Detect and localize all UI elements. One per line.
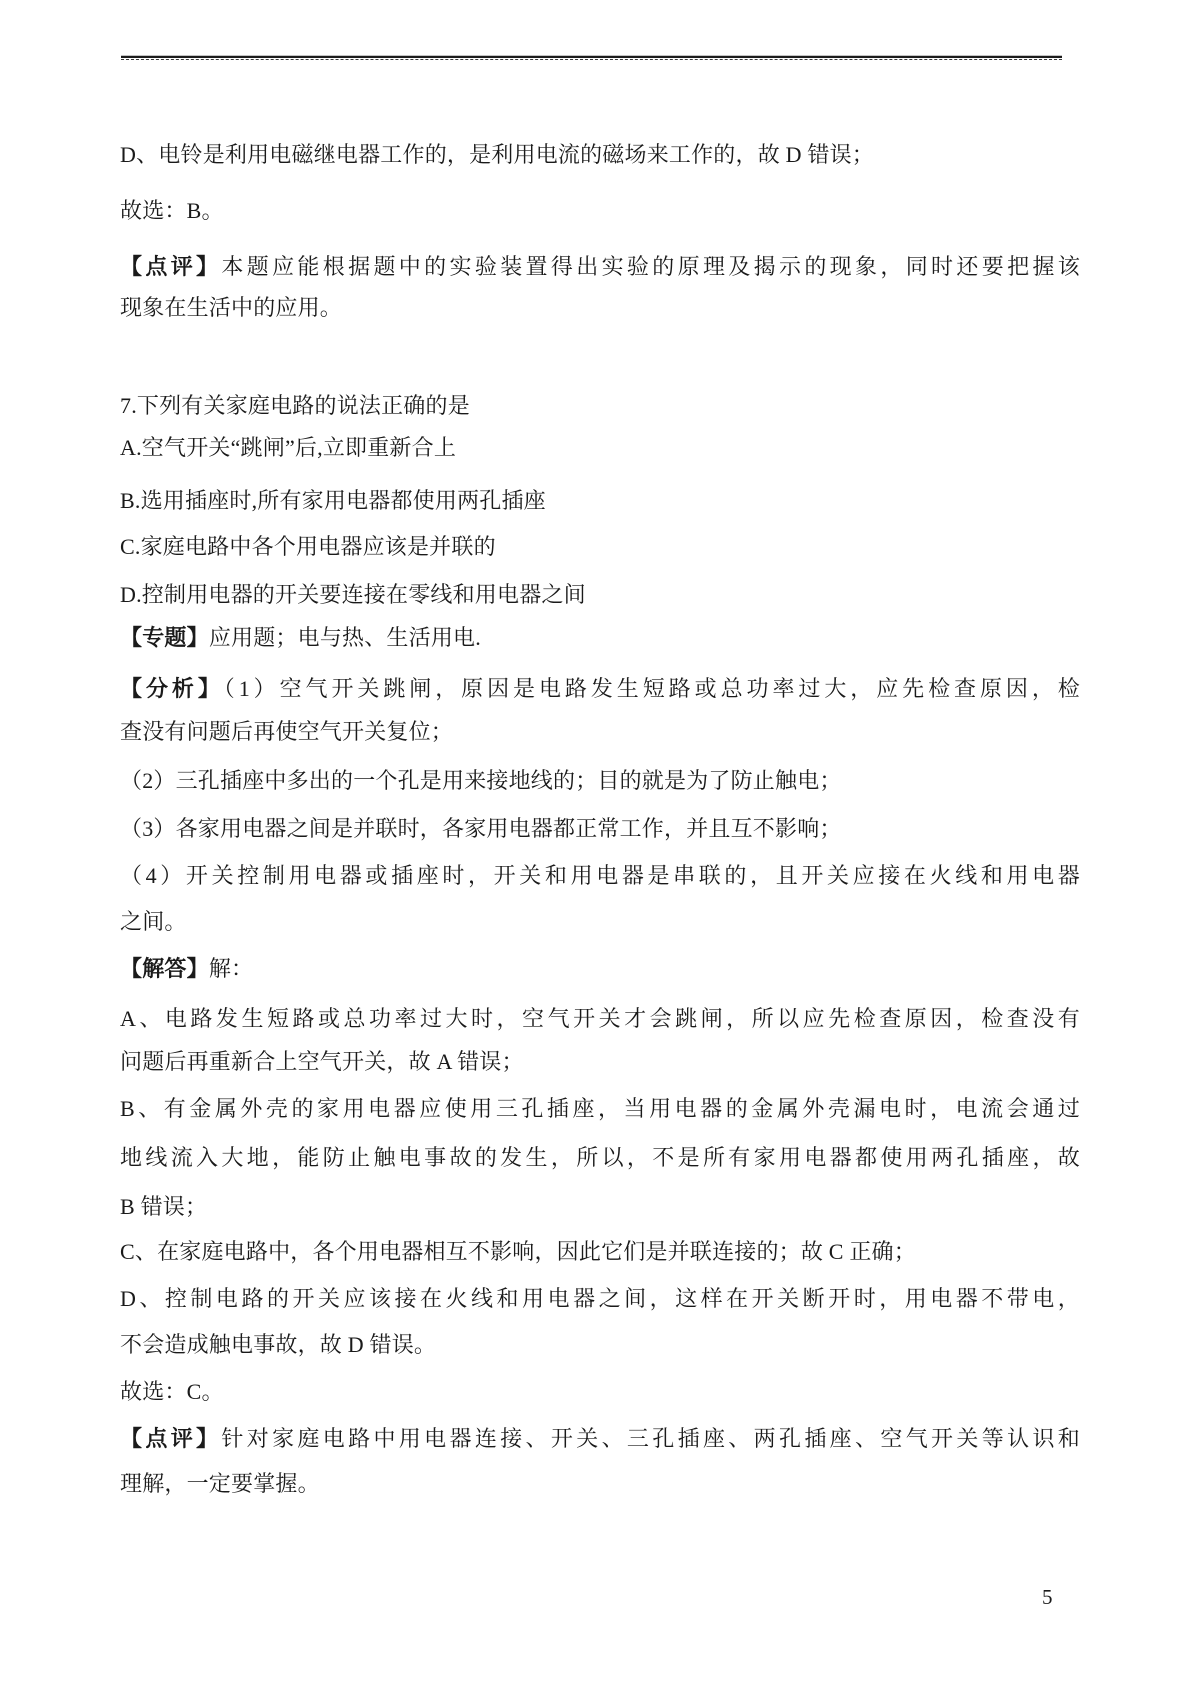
- option-b: B.选用插座时,所有家用电器都使用两孔插座: [120, 486, 1080, 516]
- solution-header-line: 【解答】解：: [120, 954, 1080, 984]
- solution-label: 【解答】: [120, 956, 209, 981]
- topic-label: 【专题】: [120, 625, 209, 650]
- comment-label: 【点评】: [120, 254, 221, 279]
- topic-line: 【专题】应用题；电与热、生活用电.: [120, 623, 1080, 653]
- analysis-text: （1）空气开关跳闸，原因是电路发生短路或总功率过大，应先检查原因，检: [224, 676, 1080, 701]
- comment-line-2: 理解，一定要掌握。: [120, 1469, 1080, 1499]
- question-7-stem: 7.下列有关家庭电路的说法正确的是: [120, 391, 1080, 421]
- topic-text: 应用题；电与热、生活用电.: [209, 625, 481, 650]
- comment-label: 【点评】: [120, 1426, 221, 1451]
- analysis-line-4: （3）各家用电器之间是并联时，各家用电器都正常工作，并且互不影响；: [120, 814, 1080, 844]
- analysis-line-5: （4）开关控制用电器或插座时，开关和用电器是串联的，且开关应接在火线和用电器: [120, 861, 1080, 891]
- header-separator-rule: [121, 55, 1062, 62]
- analysis-line-6: 之间。: [120, 907, 1080, 937]
- option-d: D.控制用电器的开关要连接在零线和用电器之间: [120, 580, 1080, 610]
- analysis-line-1: 【分析】（1）空气开关跳闸，原因是电路发生短路或总功率过大，应先检查原因，检: [120, 674, 1080, 704]
- solution-a-line-2: 问题后再重新合上空气开关，故 A 错误；: [120, 1047, 1080, 1077]
- header-rule-main: [121, 56, 1062, 58]
- solution-b-line-1: B、有金属外壳的家用电器应使用三孔插座，当用电器的金属外壳漏电时，电流会通过: [120, 1094, 1080, 1124]
- prev-answer-d-line: D、电铃是利用电磁继电器工作的，是利用电流的磁场来工作的，故 D 错误；: [120, 140, 1080, 170]
- solution-c-line: C、在家庭电路中，各个用电器相互不影响，因此它们是并联连接的；故 C 正确；: [120, 1237, 1080, 1267]
- comment-line-1: 【点评】针对家庭电路中用电器连接、开关、三孔插座、两孔插座、空气开关等认识和: [120, 1424, 1080, 1454]
- prev-answer-choice-line: 故选：B。: [120, 196, 1080, 226]
- prev-comment-line-1: 【点评】本题应能根据题中的实验装置得出实验的原理及揭示的现象，同时还要把握该: [120, 252, 1080, 282]
- solution-text: 解：: [209, 956, 253, 981]
- solution-d-line-2: 不会造成触电事故，故 D 错误。: [120, 1330, 1080, 1360]
- option-a: A.空气开关“跳闸”后,立即重新合上: [120, 433, 1080, 463]
- header-rule-dotted: [121, 59, 1062, 60]
- solution-a-line-1: A、电路发生短路或总功率过大时，空气开关才会跳闸，所以应先检查原因，检查没有: [120, 1004, 1080, 1034]
- comment-text: 本题应能根据题中的实验装置得出实验的原理及揭示的现象，同时还要把握该: [221, 254, 1080, 279]
- analysis-line-3: （2）三孔插座中多出的一个孔是用来接地线的；目的就是为了防止触电；: [120, 766, 1080, 796]
- analysis-line-2: 查没有问题后再使空气开关复位；: [120, 717, 1080, 747]
- document-page: D、电铃是利用电磁继电器工作的，是利用电流的磁场来工作的，故 D 错误； 故选：…: [0, 0, 1200, 1698]
- comment-text: 针对家庭电路中用电器连接、开关、三孔插座、两孔插座、空气开关等认识和: [221, 1426, 1080, 1451]
- prev-comment-line-2: 现象在生活中的应用。: [120, 293, 1080, 323]
- solution-b-line-3: B 错误；: [120, 1192, 1080, 1222]
- page-number: 5: [1042, 1584, 1072, 1610]
- analysis-label: 【分析】: [120, 676, 224, 701]
- answer-choice-line: 故选：C。: [120, 1377, 1080, 1407]
- solution-d-line-1: D、控制电路的开关应该接在火线和用电器之间，这样在开关断开时，用电器不带电，: [120, 1284, 1080, 1314]
- solution-b-line-2: 地线流入大地，能防止触电事故的发生，所以，不是所有家用电器都使用两孔插座，故: [120, 1143, 1080, 1173]
- option-c: C.家庭电路中各个用电器应该是并联的: [120, 532, 1080, 562]
